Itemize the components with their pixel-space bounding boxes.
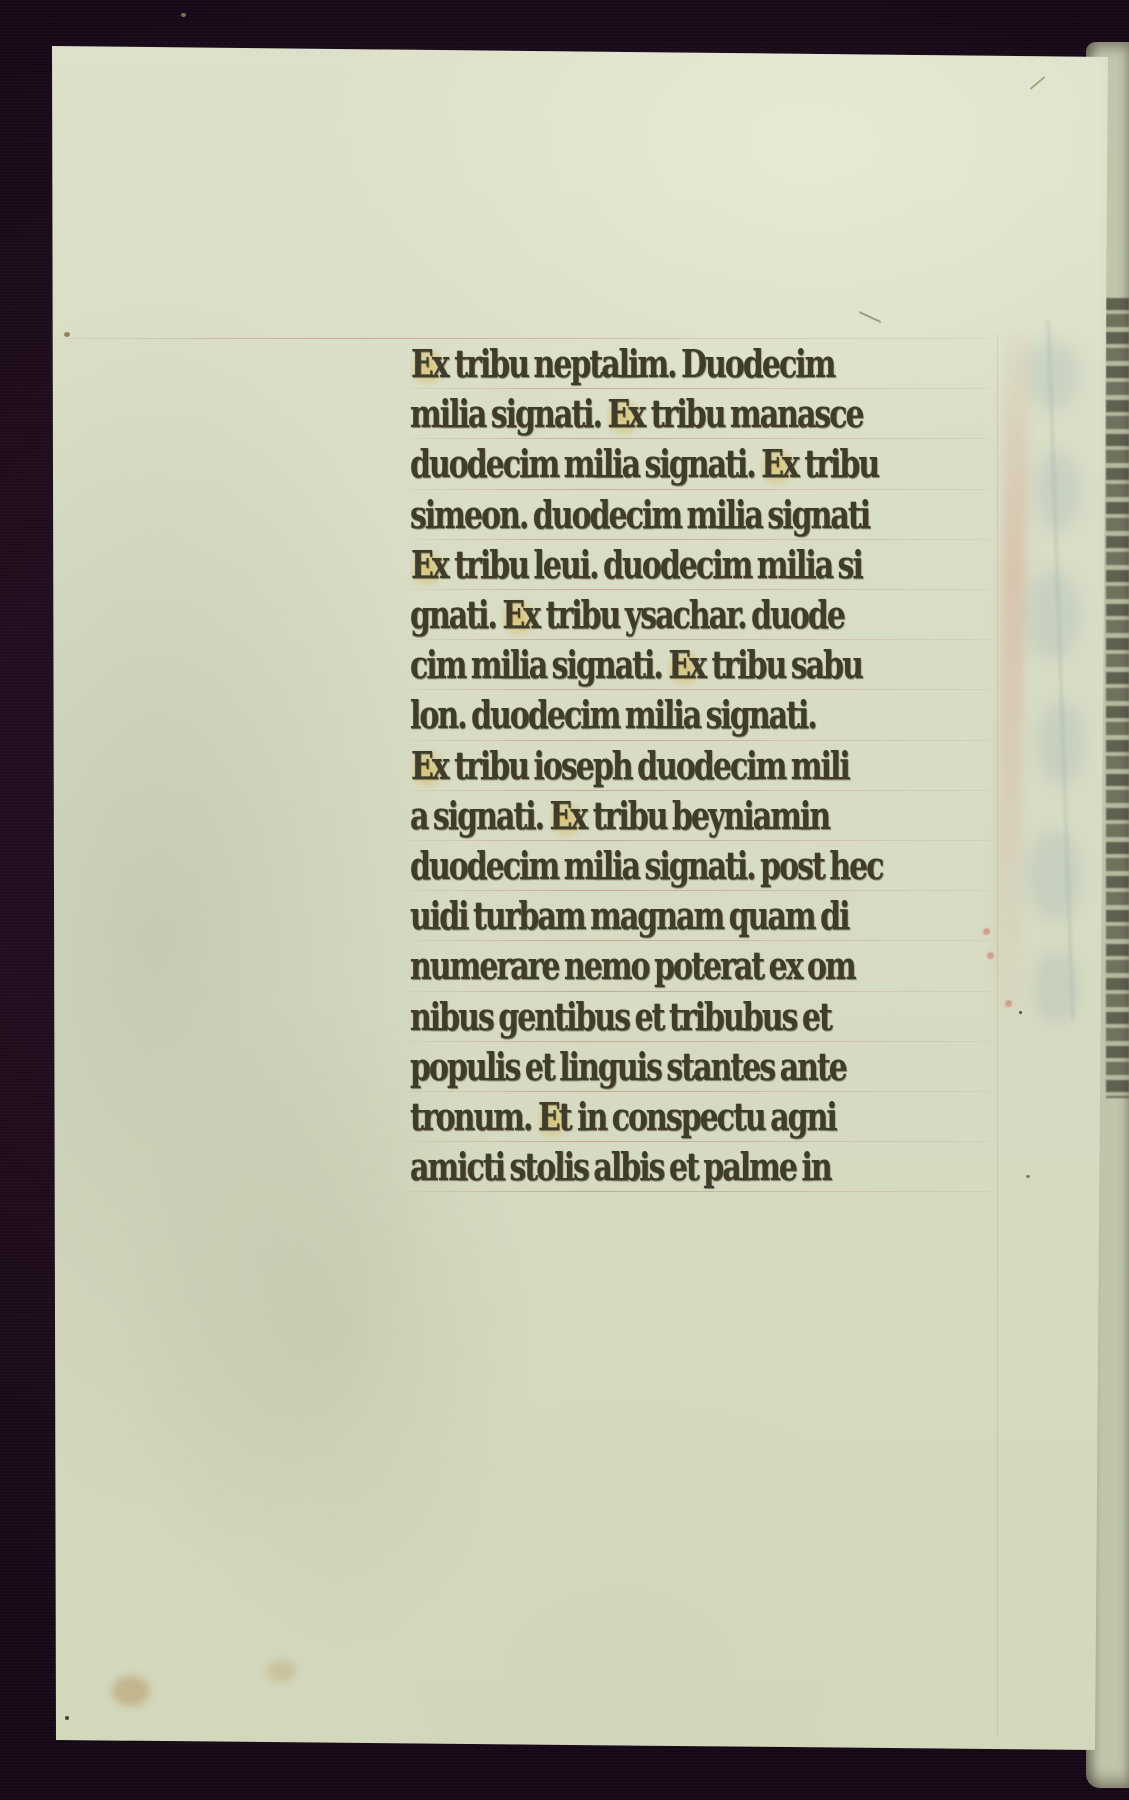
facing-page-text-sliver (1106, 298, 1129, 1098)
dust-speck (181, 13, 186, 17)
border-showthrough (975, 300, 1107, 1045)
text-segment: lon. duodecim milia signati. (410, 694, 816, 739)
highlighted-initial: Ex (410, 744, 449, 789)
text-segment: duodecim milia signati. (410, 443, 760, 488)
text-segment: duodecim milia signati. post hec (410, 845, 883, 890)
highlighted-initial: Ex (410, 343, 449, 388)
foxing-spot (266, 1660, 296, 1682)
ink-speck (1019, 1011, 1022, 1014)
ruled-line (55, 338, 990, 339)
ruling-prick-mark (64, 332, 70, 337)
showthrough-blob (1037, 700, 1085, 785)
text-segment: simeon. duodecim milia signati (410, 493, 869, 538)
showthrough-pink-band (994, 330, 1030, 1020)
text-segment: gnati. (410, 594, 501, 639)
text-segment: tribu sabu (706, 644, 862, 689)
highlighted-initial: Ex (667, 644, 706, 689)
text-segment: tribu leui. duodecim milia si (449, 543, 862, 588)
showthrough-blob (1027, 830, 1081, 920)
showthrough-floret (1005, 1000, 1012, 1007)
showthrough-vine-stem (1047, 320, 1074, 1020)
highlighted-initial: Et (537, 1096, 572, 1141)
text-segment: tribu (799, 443, 878, 488)
showthrough-blob (1025, 570, 1081, 660)
text-segment: tribu ioseph duodecim mili (449, 744, 849, 789)
text-segment: tribu ysachar. duode (540, 594, 844, 639)
highlighted-initial: Ex (501, 594, 540, 639)
text-segment: tronum. (410, 1096, 537, 1141)
manuscript-photo: Ex tribu neptalim. Duodecimmilia signati… (0, 0, 1129, 1800)
highlighted-initial: Ex (410, 543, 449, 588)
fiber-mark (859, 311, 882, 323)
text-segment: amicti stolis albis et palme in (410, 1146, 831, 1191)
manuscript-page: Ex tribu neptalim. Duodecimmilia signati… (0, 0, 1129, 1800)
highlighted-initial: Ex (760, 443, 799, 488)
text-segment: numerare nemo poterat ex om (410, 945, 855, 990)
text-segment: a signati. (410, 794, 549, 839)
text-segment: tribu beyniamin (587, 794, 829, 839)
text-block: Ex tribu neptalim. Duodecimmilia signati… (410, 340, 922, 1210)
margin-ruling (997, 334, 998, 1734)
text-segment: uidi turbam magnam quam di (410, 895, 849, 940)
text-segment: cim milia signati. (410, 644, 667, 689)
text-segment: in conspectu agni (572, 1096, 836, 1141)
showthrough-blob (1033, 950, 1079, 1025)
showthrough-blob (1035, 450, 1081, 530)
text-segment: tribu neptalim. Duodecim (449, 343, 835, 388)
text-segment: milia signati. (410, 393, 606, 438)
text-line: amicti stolis albis et palme in (410, 1143, 831, 1207)
fiber-mark (1030, 76, 1046, 90)
ink-speck (65, 1716, 69, 1720)
ink-speck (1026, 1175, 1030, 1178)
showthrough-blob (1027, 340, 1079, 410)
text-segment: nibus gentibus et tribubus et (410, 995, 831, 1040)
foxing-spot (112, 1676, 150, 1706)
text-segment: tribu manasce (645, 393, 862, 438)
highlighted-initial: Ex (606, 393, 645, 438)
text-segment: populis et linguis stantes ante (410, 1045, 846, 1090)
highlighted-initial: Ex (549, 794, 588, 839)
